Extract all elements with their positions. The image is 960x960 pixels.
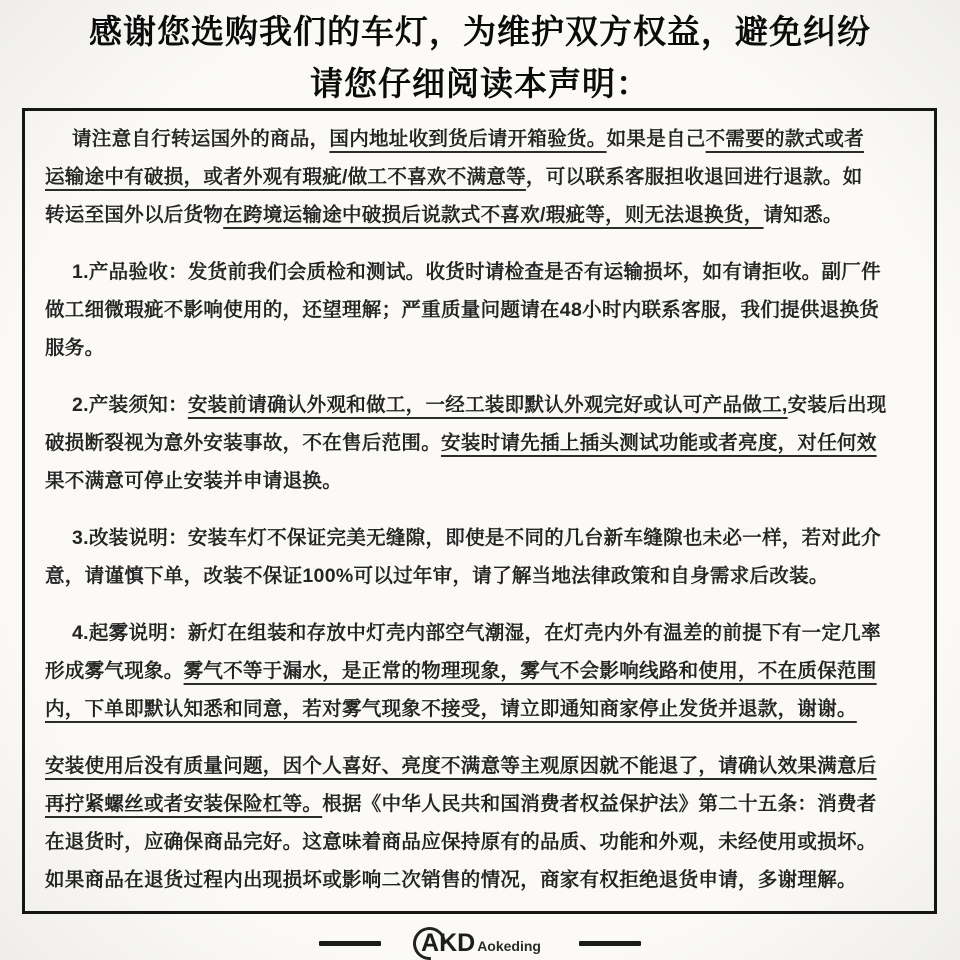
underlined-text: 国内地址收到货后请开箱验货。	[329, 128, 606, 150]
text-segment: ，可以联系客服担收退回进行退款。如	[526, 166, 863, 188]
paragraph-fogging-notice: 4.起雾说明：新灯在组装和存放中灯壳内部空气潮湿，在灯壳内外有温差的前提下有一定…	[45, 614, 914, 728]
text-segment: 意，请谨慎下单，改装不保证100%可以过年审，请了解当地法律政策和自身需求后改装…	[45, 565, 829, 587]
text-line: 再拧紧螺丝或者安装保险杠等。根据《中华人民共和国消费者权益保护法》第二十五条：消…	[45, 785, 914, 823]
text-segment: 请知悉。	[764, 204, 843, 226]
text-line: 请注意自行转运国外的商品，国内地址收到货后请开箱验货。如果是自己不需要的款式或者	[45, 120, 914, 158]
text-line: 运输途中有破损，或者外观有瑕疵/做工不喜欢不满意等，可以联系客服担收退回进行退款…	[45, 158, 914, 196]
paragraph-modification-notice: 3.改装说明：安装车灯不保证完美无缝隙，即使是不同的几台新车缝隙也未必一样，若对…	[45, 519, 914, 595]
underlined-text: 运输途中有破损，或者外观有瑕疵/做工不喜欢不满意等	[45, 166, 526, 188]
text-line: 服务。	[45, 329, 914, 367]
text-line: 如果商品在退货过程内出现损坏或影响二次销售的情况，商家有权拒绝退货申请，多谢理解…	[45, 861, 914, 899]
text-line: 4.起雾说明：新灯在组装和存放中灯壳内部空气潮湿，在灯壳内外有温差的前提下有一定…	[45, 614, 914, 652]
footer: AKD Aokeding	[0, 926, 960, 960]
text-segment: 做工细微瑕疵不影响使用的，还望理解；严重质量问题请在48小时内联系客服，我们提供…	[45, 299, 879, 321]
text-line: 形成雾气现象。雾气不等于漏水，是正常的物理现象，雾气不会影响线路和使用，不在质保…	[45, 652, 914, 690]
text-segment: 形成雾气现象。	[45, 660, 184, 682]
text-segment: 4.起雾说明：新灯在组装和存放中灯壳内部空气潮湿，在灯壳内外有温差的前提下有一定…	[72, 622, 881, 644]
text-segment: 安装后出现	[788, 394, 887, 416]
paragraph-installation-notice: 2.产装须知：安装前请确认外观和做工，一经工装即默认外观完好或认可产品做工,安装…	[45, 386, 914, 500]
brand-subname-text: Aokeding	[477, 936, 541, 956]
underlined-text: 安装使用后没有质量问题，因个人喜好、亮度不满意等主观原因就不能退了，请确认效果满…	[45, 755, 877, 777]
text-segment: 在退货时，应确保商品完好。这意味着商品应保持原有的品质、功能和外观，未经使用或损…	[45, 831, 877, 853]
text-line: 2.产装须知：安装前请确认外观和做工，一经工装即默认外观完好或认可产品做工,安装…	[45, 386, 914, 424]
underlined-text: 雾气不等于漏水，是正常的物理现象，雾气不会影响线路和使用，不在质保范围	[184, 660, 877, 682]
text-segment: 如果是自己	[607, 128, 706, 150]
divider-bar-right	[579, 941, 641, 946]
text-line: 3.改装说明：安装车灯不保证完美无缝隙，即使是不同的几台新车缝隙也未必一样，若对…	[45, 519, 914, 557]
page-title-line2: 请您仔细阅读本声明：	[0, 58, 960, 105]
text-segment: 2.产装须知：	[72, 394, 188, 416]
paragraph-transshipment-notice: 请注意自行转运国外的商品，国内地址收到货后请开箱验货。如果是自己不需要的款式或者…	[45, 120, 914, 234]
text-line: 在退货时，应确保商品完好。这意味着商品应保持原有的品质、功能和外观，未经使用或损…	[45, 823, 914, 861]
text-segment: 根据《中华人民共和国消费者权益保护法》第二十五条：消费者	[322, 793, 876, 815]
text-segment: 破损断裂视为意外安装事故，不在售后范围。	[45, 432, 441, 454]
underlined-text: 安装时请先插上插头测试功能或者亮度，对任何效	[441, 432, 877, 454]
text-segment: 请注意自行转运国外的商品，	[72, 128, 329, 150]
text-segment: 1.产品验收：发货前我们会质检和测试。收货时请检查是否有运输损坏，如有请拒收。副…	[72, 261, 881, 283]
text-segment: 3.改装说明：安装车灯不保证完美无缝隙，即使是不同的几台新车缝隙也未必一样，若对…	[72, 527, 881, 549]
text-line: 内，下单即默认知悉和同意，若对雾气现象不接受，请立即通知商家停止发货并退款，谢谢…	[45, 690, 914, 728]
text-line: 意，请谨慎下单，改装不保证100%可以过年审，请了解当地法律政策和自身需求后改装…	[45, 557, 914, 595]
text-segment: 转运至国外以后货物	[45, 204, 223, 226]
brand-logo: AKD Aokeding	[419, 930, 541, 956]
text-segment: 果不满意可停止安装并申请退换。	[45, 470, 342, 492]
paragraph-product-acceptance: 1.产品验收：发货前我们会质检和测试。收货时请检查是否有运输损坏，如有请拒收。副…	[45, 253, 914, 367]
disclaimer-box: 请注意自行转运国外的商品，国内地址收到货后请开箱验货。如果是自己不需要的款式或者…	[22, 108, 937, 914]
text-line: 1.产品验收：发货前我们会质检和测试。收货时请检查是否有运输损坏，如有请拒收。副…	[45, 253, 914, 291]
underlined-text: 内，下单即默认知悉和同意，若对雾气现象不接受，请立即通知商家停止发货并退款，谢谢…	[45, 698, 857, 720]
underlined-text: 安装前请确认外观和做工，一经工装即默认外观完好或认可产品做工,	[188, 394, 788, 416]
divider-bar-left	[319, 941, 381, 946]
underlined-text: 在跨境运输途中破损后说款式不喜欢/瑕疵等，则无法退换货，	[223, 204, 763, 226]
text-line: 果不满意可停止安装并申请退换。	[45, 462, 914, 500]
page-title-line1: 感谢您选购我们的车灯，为维护双方权益，避免纠纷	[0, 6, 960, 53]
underlined-text: 不需要的款式或者	[706, 128, 864, 150]
text-line: 破损断裂视为意外安装事故，不在售后范围。安装时请先插上插头测试功能或者亮度，对任…	[45, 424, 914, 462]
text-line: 做工细微瑕疵不影响使用的，还望理解；严重质量问题请在48小时内联系客服，我们提供…	[45, 291, 914, 329]
text-segment: 服务。	[45, 337, 104, 359]
underlined-text: 再拧紧螺丝或者安装保险杠等。	[45, 793, 322, 815]
paragraph-return-policy: 安装使用后没有质量问题，因个人喜好、亮度不满意等主观原因就不能退了，请确认效果满…	[45, 747, 914, 899]
brand-akd-text: AKD	[419, 930, 475, 956]
text-line: 转运至国外以后货物在跨境运输途中破损后说款式不喜欢/瑕疵等，则无法退换货，请知悉…	[45, 196, 914, 234]
text-segment: 如果商品在退货过程内出现损坏或影响二次销售的情况，商家有权拒绝退货申请，多谢理解…	[45, 869, 857, 891]
text-line: 安装使用后没有质量问题，因个人喜好、亮度不满意等主观原因就不能退了，请确认效果满…	[45, 747, 914, 785]
document-body: 请注意自行转运国外的商品，国内地址收到货后请开箱验货。如果是自己不需要的款式或者…	[45, 120, 914, 899]
